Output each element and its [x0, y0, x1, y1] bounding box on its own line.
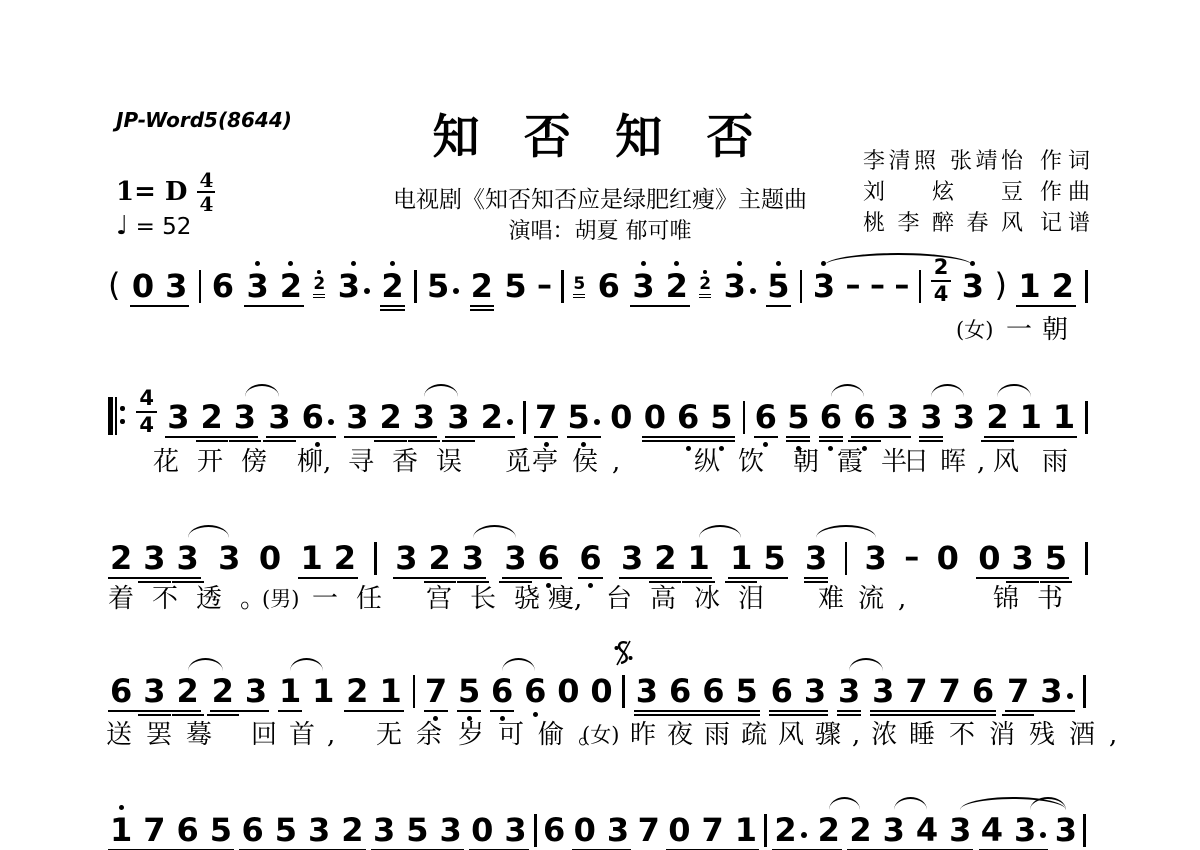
- barline: [523, 401, 526, 434]
- underline: [138, 581, 170, 583]
- underline: [819, 436, 843, 438]
- note: 3: [166, 399, 190, 435]
- time-sig-denominator: 4: [934, 282, 949, 305]
- note-digit: 2: [654, 539, 676, 577]
- underline: [786, 436, 810, 438]
- note: 3: [345, 399, 369, 435]
- beam-group: 353: [371, 812, 464, 848]
- duration-dot: [594, 419, 600, 425]
- note: 7: [142, 812, 166, 848]
- beam-line: [502, 577, 562, 579]
- note-digit: 6: [524, 672, 546, 710]
- beam-group: 321: [619, 540, 712, 576]
- note-digit: 5: [767, 267, 789, 305]
- note-digit: 6: [820, 398, 842, 436]
- note: 6: [490, 673, 514, 709]
- note-digit: 4: [916, 811, 938, 849]
- note: 0: [556, 673, 580, 709]
- note: 3: [803, 673, 827, 709]
- underline: [196, 440, 228, 442]
- tie-arc: [188, 525, 230, 538]
- barline: [1085, 542, 1088, 575]
- note: 3: [635, 673, 659, 709]
- note: 5: [209, 812, 233, 848]
- time-sig-denominator: 4: [139, 413, 154, 436]
- note-digit: 2: [212, 672, 234, 710]
- octave-dot-below: [588, 583, 593, 588]
- tempo-value: = 52: [136, 214, 192, 240]
- beam-group: 22: [772, 812, 842, 848]
- note: 7: [701, 812, 725, 848]
- note-digit: 2: [177, 672, 199, 710]
- note: 2: [1051, 268, 1075, 304]
- tie-arc: [894, 797, 927, 810]
- note-digit: 6: [853, 398, 875, 436]
- note-digit: 3: [143, 672, 165, 710]
- note: 6: [819, 399, 843, 435]
- duration-dot: [507, 419, 513, 425]
- note: 3: [837, 673, 861, 709]
- lyric-segment: 锦书: [993, 585, 1081, 614]
- note: 1: [1052, 399, 1076, 435]
- lyric-segment: 寻香误: [348, 448, 480, 477]
- note: 1: [1019, 399, 1043, 435]
- underline: [263, 440, 295, 442]
- beam-group: 43: [979, 812, 1049, 848]
- note-digit: 2: [986, 398, 1008, 436]
- note: 3: [217, 540, 241, 576]
- note: 6: [668, 673, 692, 709]
- credit-name: 李清照 张靖怡: [863, 146, 1023, 177]
- underline: [499, 581, 531, 583]
- beam-line: [108, 577, 201, 579]
- close-paren: ): [994, 266, 1006, 304]
- lyric-segment: 纵饮: [694, 448, 782, 477]
- barline: [764, 814, 767, 847]
- credit-composer: 刘炫豆 作曲: [863, 177, 1096, 208]
- beam-line: [1005, 710, 1075, 712]
- note: 5: [786, 399, 810, 435]
- dash-note: –: [894, 268, 909, 304]
- note: 2: [665, 268, 689, 304]
- note: 3: [1054, 812, 1078, 848]
- open-paren: (: [108, 266, 120, 304]
- tie-arc: [816, 525, 876, 538]
- beam-line: [634, 710, 760, 712]
- note-digit: 7: [638, 811, 660, 849]
- tie-arc: [699, 525, 742, 538]
- note: 3: [233, 399, 257, 435]
- note-digit: 0: [471, 811, 493, 849]
- note-digit: 0: [610, 398, 632, 436]
- octave-dot-above: [703, 270, 707, 274]
- note-digit: 6: [491, 672, 513, 710]
- tie-arc: [831, 384, 865, 397]
- note-digit: 6: [212, 267, 234, 305]
- dash-note: –: [537, 268, 552, 304]
- lyric-segment: (男): [262, 585, 299, 611]
- note-digit: 6: [677, 398, 699, 436]
- note-digit: 1: [1018, 267, 1040, 305]
- beam-line: [210, 710, 270, 712]
- note-digit: 3: [887, 398, 909, 436]
- note-digit: 5: [1045, 539, 1067, 577]
- music-line: 6322311217566003665633377673: [108, 671, 1086, 709]
- note: 0: [589, 673, 613, 709]
- note-digit: 1: [1053, 398, 1075, 436]
- beam-line: [1016, 305, 1076, 307]
- note: 3: [919, 399, 943, 435]
- note-digit: 3: [245, 672, 267, 710]
- underline: [374, 440, 406, 442]
- note-digit: 6: [543, 811, 565, 849]
- beam-group: 323: [165, 399, 258, 435]
- note-digit: 7: [425, 672, 447, 710]
- duration-dot: [1067, 693, 1073, 699]
- note-digit: 5: [504, 267, 526, 305]
- note: 4: [915, 812, 939, 848]
- note: 0: [258, 540, 282, 576]
- underline: [278, 710, 302, 712]
- note: 3: [1039, 673, 1073, 709]
- beam-line: [298, 577, 358, 579]
- note-digit: 3: [143, 539, 165, 577]
- note-digit: 3: [1014, 811, 1036, 849]
- lyric-segment: 台高冰泪: [606, 585, 782, 614]
- beam-group: 3665: [634, 673, 760, 709]
- note: 1: [299, 540, 323, 576]
- note-digit: 2: [774, 811, 796, 849]
- beam-line: [108, 710, 201, 712]
- underline: [837, 710, 861, 712]
- beam-group: 03: [469, 812, 529, 848]
- note-digit: 3: [607, 811, 629, 849]
- note-digit: 2: [334, 539, 356, 577]
- note: 5: [762, 540, 786, 576]
- octave-dot-above: [317, 270, 321, 274]
- underline: [172, 714, 204, 716]
- duration-dot: [364, 288, 370, 294]
- note: 2: [279, 268, 303, 304]
- underline: [534, 436, 558, 438]
- note: 1: [686, 540, 710, 576]
- note: 7: [534, 399, 558, 435]
- grace-digit: 5: [573, 274, 585, 294]
- note: 2: [345, 673, 369, 709]
- note-digit: 6: [538, 539, 560, 577]
- time-signature: 44: [136, 388, 157, 436]
- beam-group: 32: [630, 268, 690, 304]
- note: 0: [667, 812, 691, 848]
- underline: [1002, 714, 1034, 716]
- underline: [313, 294, 325, 296]
- note-digit: 6: [702, 672, 724, 710]
- grace-note: 5: [573, 275, 585, 293]
- note: 6: [109, 673, 133, 709]
- note-digit: 6: [598, 267, 620, 305]
- octave-dot-below: [686, 446, 691, 451]
- underline: [1040, 581, 1072, 583]
- beam-group: 21: [344, 673, 404, 709]
- lyric-segment: 送罢蓦: [106, 721, 226, 750]
- underline: [837, 714, 861, 716]
- note: 1: [278, 673, 302, 709]
- note-digit: 2: [341, 811, 363, 849]
- note: 3: [446, 399, 470, 435]
- underline: [699, 297, 711, 299]
- tie-arc: [502, 658, 535, 671]
- note-digit: 7: [535, 398, 557, 436]
- underline: [207, 714, 239, 716]
- note-digit: 6: [110, 672, 132, 710]
- note: 6: [597, 268, 621, 304]
- key-prefix: 1= D: [116, 177, 187, 207]
- beam-group: 32: [244, 268, 304, 304]
- note: 3: [886, 399, 910, 435]
- beam-group: 36: [502, 540, 562, 576]
- barline: [534, 814, 537, 847]
- beam-line: [634, 714, 760, 716]
- note: 1: [734, 812, 758, 848]
- note: 6: [542, 812, 566, 848]
- note: 2: [333, 540, 357, 576]
- time-sig-numerator: 4: [197, 170, 215, 193]
- beam-line: [769, 714, 829, 716]
- note: 3: [620, 540, 644, 576]
- note: 3: [438, 812, 462, 848]
- note-digit: 6: [771, 672, 793, 710]
- note: 3: [164, 268, 188, 304]
- note-digit: 0: [132, 267, 154, 305]
- note-digit: 6: [579, 539, 601, 577]
- note-digit: 2: [110, 539, 132, 577]
- duration-dot: [328, 419, 334, 425]
- barline: [622, 675, 625, 708]
- note: 5: [426, 268, 460, 304]
- note: 3: [723, 268, 757, 304]
- note: 3: [503, 812, 527, 848]
- beam-group: 3776: [870, 673, 996, 709]
- beam-group: 1765: [108, 812, 234, 848]
- underline: [380, 305, 404, 307]
- note-digit: 1: [110, 811, 132, 849]
- time-sig-denominator: 4: [199, 193, 213, 214]
- note-digit: 6: [302, 398, 324, 436]
- note-digit: 3: [447, 398, 469, 436]
- beam-group: 63: [769, 673, 829, 709]
- note: 3: [961, 268, 985, 304]
- octave-dot-above: [737, 261, 742, 266]
- note-digit: 1: [1020, 398, 1042, 436]
- note: 2: [817, 812, 841, 848]
- note-digit: 5: [763, 539, 785, 577]
- beam-group: 12: [298, 540, 358, 576]
- note-digit: 5: [427, 267, 449, 305]
- note-digit: 0: [668, 811, 690, 849]
- underline: [699, 294, 711, 296]
- note-digit: 3: [636, 672, 658, 710]
- beam-line: [769, 710, 829, 712]
- credit-name: 刘炫豆: [863, 177, 1023, 208]
- dash-note: –: [870, 268, 885, 304]
- note-digit: 3: [395, 539, 417, 577]
- note: 3: [142, 540, 166, 576]
- underline: [567, 436, 601, 438]
- beam-group: 323: [393, 540, 486, 576]
- note: 6: [211, 268, 235, 304]
- note: 5: [405, 812, 429, 848]
- note: 2: [109, 540, 133, 576]
- note: 6: [578, 540, 602, 576]
- note: 3: [631, 268, 655, 304]
- note-digit: 4: [981, 811, 1003, 849]
- lyric-segment: 难流,: [818, 585, 920, 614]
- underline: [408, 440, 440, 442]
- note-digit: 3: [373, 811, 395, 849]
- music-line: 23330123233663211533–0035: [108, 538, 1088, 576]
- note: 3: [1010, 540, 1034, 576]
- octave-dot-above: [776, 261, 781, 266]
- beam-line: [445, 436, 515, 438]
- tie-arc: [245, 384, 280, 397]
- note: 0: [936, 540, 960, 576]
- underline: [766, 305, 790, 307]
- credit-role: 记谱: [1040, 208, 1096, 239]
- octave-dot-above: [674, 261, 679, 266]
- note: 3: [372, 812, 396, 848]
- beam-line: [619, 577, 712, 579]
- note-digit: 2: [666, 267, 688, 305]
- octave-dot-below: [533, 712, 538, 717]
- note-digit: 2: [280, 267, 302, 305]
- lyric-segment: 一: [1006, 316, 1032, 345]
- octave-dot-above: [255, 261, 260, 266]
- tie-arc: [824, 253, 973, 266]
- note-digit: 6: [241, 811, 263, 849]
- note-digit: 7: [939, 672, 961, 710]
- note-digit: 3: [308, 811, 330, 849]
- barline: [199, 270, 202, 303]
- note-digit: 1: [300, 539, 322, 577]
- duration-dot: [801, 832, 807, 838]
- tie-arc: [290, 658, 323, 671]
- beam-group: 2343: [847, 812, 973, 848]
- note: 2: [470, 268, 494, 304]
- lyric-segment: 亭侯,: [532, 448, 634, 477]
- lyric-segment: 瘦,: [548, 585, 582, 614]
- underline: [138, 714, 170, 716]
- note-digit: 3: [346, 398, 368, 436]
- note: 2: [378, 399, 402, 435]
- repeat-thick-bar: [108, 397, 113, 435]
- note: 6: [240, 812, 264, 848]
- underline: [457, 710, 481, 712]
- note: 0: [609, 399, 633, 435]
- note: 0: [470, 812, 494, 848]
- underline: [578, 577, 602, 579]
- note: 3: [142, 673, 166, 709]
- note: 5: [567, 399, 601, 435]
- note: 2: [200, 399, 224, 435]
- note-digit: 3: [1040, 672, 1062, 710]
- note-digit: 1: [279, 672, 301, 710]
- note: 0: [573, 812, 597, 848]
- repeat-sign: [108, 397, 128, 435]
- note: 1: [729, 540, 753, 576]
- note: 3: [176, 540, 200, 576]
- note-digit: 5: [787, 398, 809, 436]
- note: 3: [394, 540, 418, 576]
- note-digit: 2: [471, 267, 493, 305]
- beam-line: [984, 436, 1077, 438]
- underline: [470, 309, 494, 311]
- note: 5: [1044, 540, 1068, 576]
- lyric-segment: (女): [956, 316, 993, 342]
- note-digit: 3: [504, 811, 526, 849]
- lyric-segment: 雨: [1042, 448, 1068, 477]
- note-digit: 3: [724, 267, 746, 305]
- underline: [819, 440, 843, 442]
- note-digit: 2: [429, 539, 451, 577]
- beam-line: [870, 714, 996, 716]
- barline: [561, 270, 564, 303]
- underline: [804, 577, 828, 579]
- barline: [414, 270, 417, 303]
- barline: [374, 542, 377, 575]
- note: 2: [480, 399, 514, 435]
- lyric-segment: 宫长骁: [426, 585, 558, 614]
- note: 5: [735, 673, 759, 709]
- octave-dot-above: [288, 261, 293, 266]
- barline: [1085, 270, 1088, 303]
- lyric-segment: 柳,: [297, 448, 331, 477]
- underline: [649, 581, 681, 583]
- underline: [172, 581, 204, 583]
- note-digit: 3: [962, 267, 984, 305]
- note: 0: [643, 399, 667, 435]
- note-digit: 0: [937, 539, 959, 577]
- note-digit: 3: [165, 267, 187, 305]
- note-digit: 0: [259, 539, 281, 577]
- barline: [800, 270, 803, 303]
- beam-group: 323: [344, 399, 437, 435]
- lyric-segment: 昨夜雨疏风骤,浓: [630, 721, 908, 750]
- note: 2: [211, 673, 235, 709]
- note: 3: [871, 673, 895, 709]
- note-digit: 1: [735, 811, 757, 849]
- time-sig-numerator: 4: [136, 388, 157, 413]
- underline: [424, 581, 456, 583]
- underline: [682, 581, 714, 583]
- beam-line: [266, 436, 336, 438]
- credit-lyricist: 李清照 张靖怡 作词: [863, 146, 1096, 177]
- note: 1: [1017, 268, 1041, 304]
- lyric-segment: 花开傍: [153, 448, 285, 477]
- note-digit: 3: [920, 398, 942, 436]
- barline: [1083, 814, 1086, 847]
- note: 3: [948, 812, 972, 848]
- note-digit: 7: [702, 811, 724, 849]
- beam-line: [851, 436, 911, 438]
- note-digit: 3: [504, 539, 526, 577]
- note-digit: 1: [379, 672, 401, 710]
- octave-dot-above: [119, 805, 124, 810]
- note: 1: [109, 812, 133, 848]
- note: 7: [1006, 673, 1030, 709]
- note-digit: 0: [574, 811, 596, 849]
- note-digit: 1: [687, 539, 709, 577]
- lyric-segment: 风: [993, 448, 1019, 477]
